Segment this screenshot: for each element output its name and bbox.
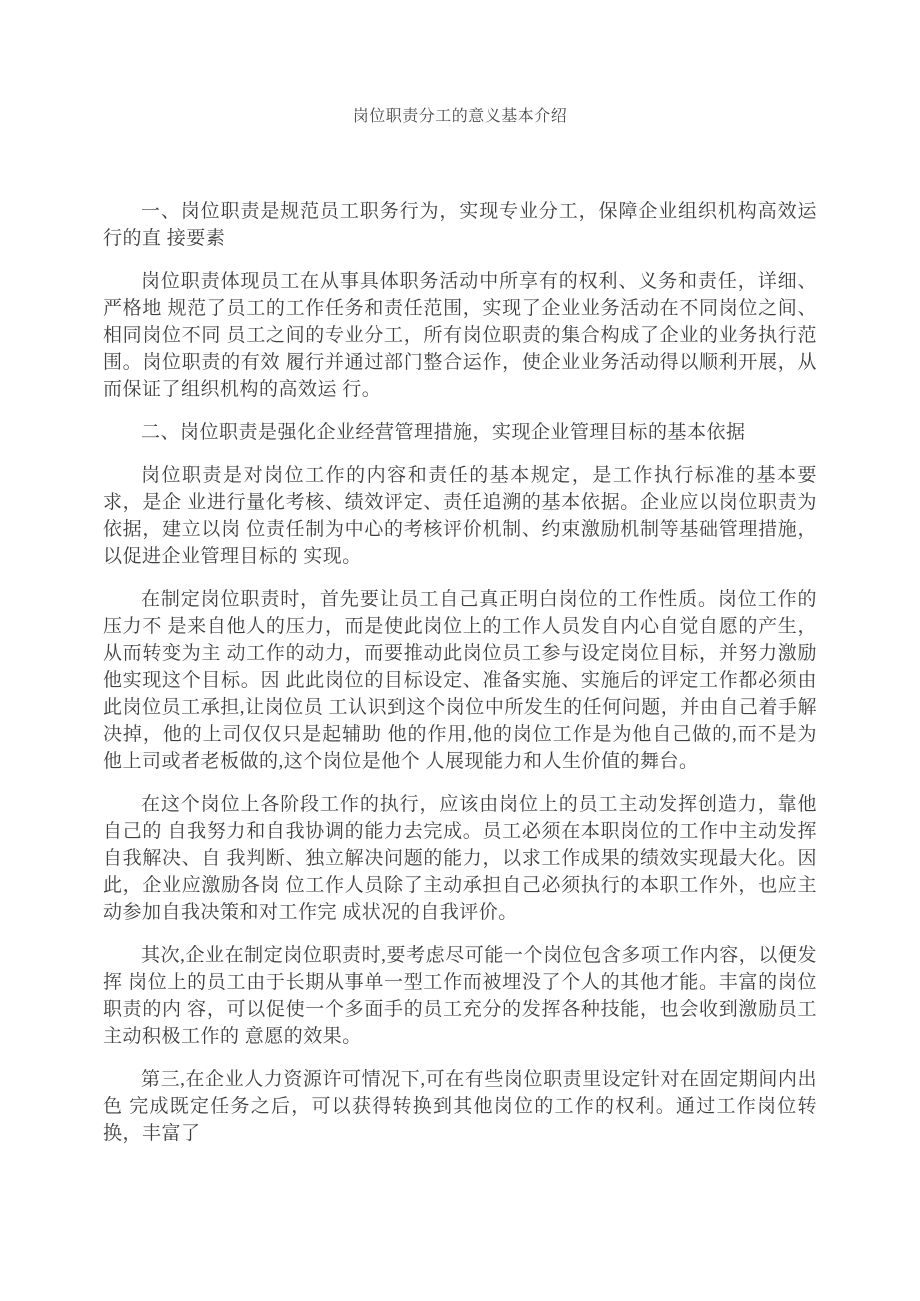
paragraph-body: 岗位职责是对岗位工作的内容和责任的基本规定，是工作执行标准的基本要求，是企 业进… [103, 462, 817, 570]
paragraph-section-1-heading: 一、岗位职责是规范员工职务行为，实现专业分工，保障企业组织机构高效运行的直 接要… [103, 198, 817, 252]
paragraph-body: 在制定岗位职责时，首先要让员工自己真正明白岗位的工作性质。岗位工作的压力不 是来… [103, 586, 817, 775]
document-page: 岗位职责分工的意义基本介绍 一、岗位职责是规范员工职务行为，实现专业分工，保障企… [103, 0, 817, 1147]
paragraph-section-2-heading: 二、岗位职责是强化企业经营管理措施，实现企业管理目标的基本依据 [103, 419, 817, 446]
paragraph-body: 岗位职责体现员工在从事具体职务活动中所享有的权利、义务和责任，详细、严格地 规范… [103, 268, 817, 403]
paragraph-body: 在这个岗位上各阶段工作的执行，应该由岗位上的员工主动发挥创造力，靠他自己的 自我… [103, 791, 817, 926]
document-title: 岗位职责分工的意义基本介绍 [103, 103, 817, 126]
paragraph-body: 第三,在企业人力资源许可情况下,可在有些岗位职责里设定针对在固定期间内出色 完成… [103, 1066, 817, 1147]
paragraph-body: 其次,企业在制定岗位职责时,要考虑尽可能一个岗位包含多项工作内容，以便发挥 岗位… [103, 942, 817, 1050]
